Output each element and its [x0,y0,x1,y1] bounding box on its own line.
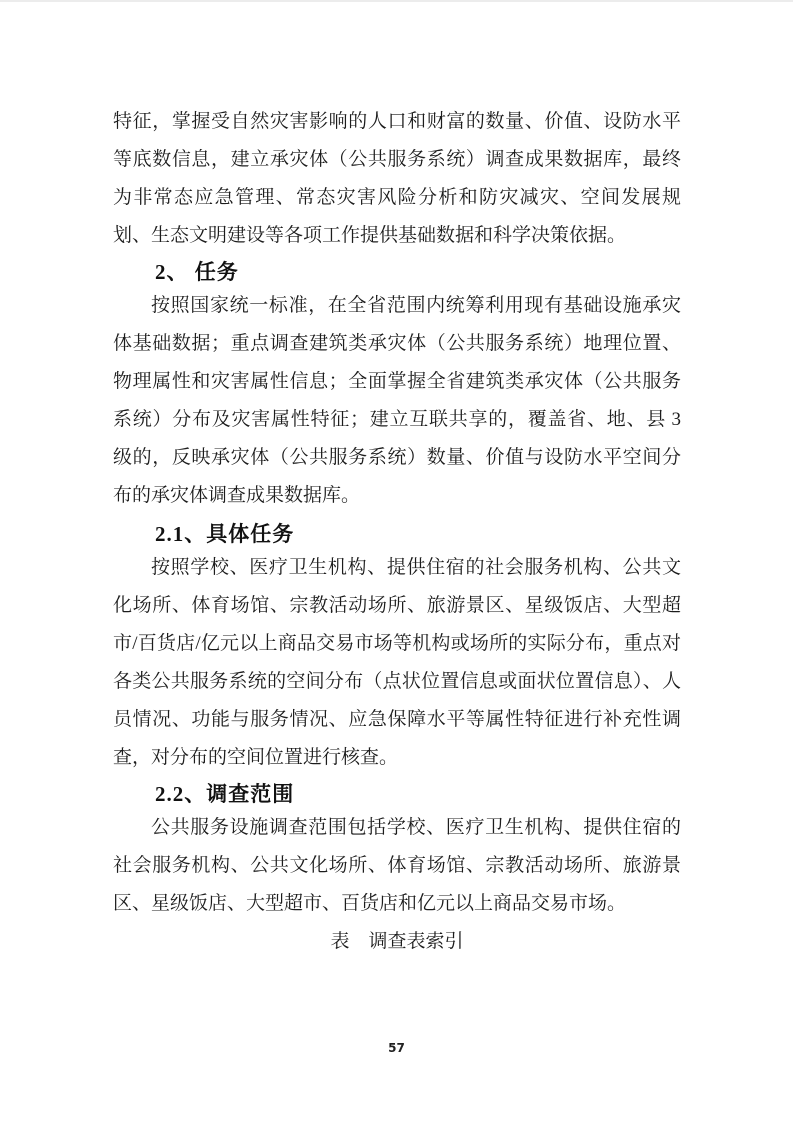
paragraph-survey-scope-body: 公共服务设施调查范围包括学校、医疗卫生机构、提供住宿的社会服务机构、公共文化场所… [113,809,681,923]
page-number: 57 [0,1041,793,1055]
heading-specific-tasks: 2.1、具体任务 [113,519,681,549]
table-caption: 表 调查表索引 [113,927,681,957]
paragraph-tasks-body: 按照国家统一标准，在全省范围内统筹利用现有基础设施承灾体基础数据；重点调查建筑类… [113,287,681,515]
heading-tasks: 2、 任务 [113,257,681,287]
paragraph-specific-tasks-body: 按照学校、医疗卫生机构、提供住宿的社会服务机构、公共文化场所、体育场馆、宗教活动… [113,549,681,777]
document-body: 特征，掌握受自然灾害影响的人口和财富的数量、价值、设防水平等底数信息，建立承灾体… [113,103,681,957]
heading-survey-scope: 2.2、调查范围 [113,779,681,809]
paragraph-intro-continuation: 特征，掌握受自然灾害影响的人口和财富的数量、价值、设防水平等底数信息，建立承灾体… [113,103,681,255]
document-page: 特征，掌握受自然灾害影响的人口和财富的数量、价值、设防水平等底数信息，建立承灾体… [0,0,793,1122]
page-top-edge-line [0,0,793,2]
